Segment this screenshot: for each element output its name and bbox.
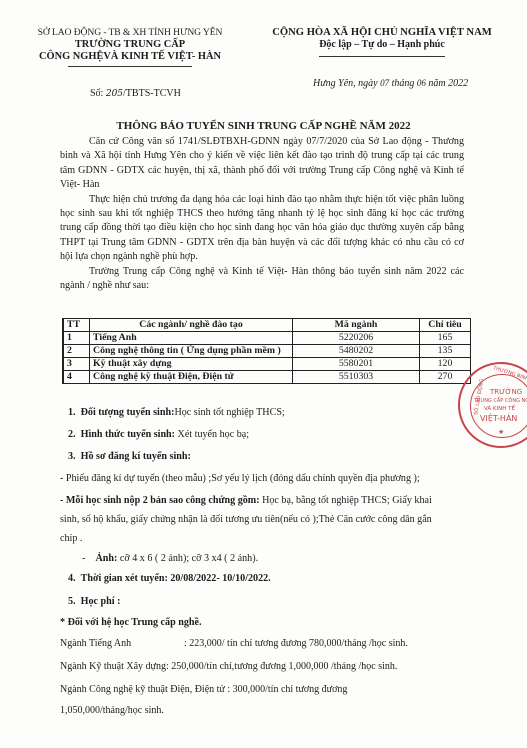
handwritten-month: 06 [417, 78, 426, 88]
col-header-program: Các ngành/ nghề đào tạo [90, 319, 293, 332]
fee-heading: * Đối với hệ học Trung cấp nghề. [60, 617, 202, 628]
ministry-name: SỞ LAO ĐỘNG - TB & XH TỈNH HƯNG YÊN [30, 27, 230, 39]
fee-row-continuation: 1,050,000/tháng/học sinh. [60, 705, 164, 716]
document-number: Số: 205/TBTS-TCVH [90, 88, 181, 99]
date-line: Hưng Yên, ngày 07 tháng 06 năm 2022 [313, 78, 468, 89]
section-3-item-2-cont: sinh, số hộ khẩu, giấy chứng nhận là đối… [60, 514, 432, 525]
col-header-no: TT [63, 319, 90, 332]
col-header-code: Mã ngành [293, 319, 420, 332]
section-5: 5. Học phí : [68, 596, 120, 607]
document-title: THÔNG BÁO TUYỂN SINH TRUNG CẤP NGHỀ NĂM … [0, 120, 527, 132]
national-header: CỘNG HÒA XÃ HỘI CHỦ NGHĨA VIỆT NAM Độc l… [266, 27, 498, 57]
fee-row: Ngành Tiếng Anh: 223,000/ tín chỉ tương … [60, 638, 408, 649]
paragraph-announcement: Trường Trung cấp Công nghệ và Kinh tế Vi… [60, 265, 464, 294]
body-paragraphs: Căn cứ Công văn số 1741/SLĐTBXH-GDNN ngà… [60, 135, 464, 293]
document-page: SỞ LAO ĐỘNG - TB & XH TỈNH HƯNG YÊN TRƯỜ… [0, 0, 527, 748]
issuer-header: SỞ LAO ĐỘNG - TB & XH TỈNH HƯNG YÊN TRƯỜ… [30, 27, 230, 67]
section-2: 2. Hình thức tuyển sinh: Xét tuyển học b… [68, 429, 249, 440]
section-3-item-3: - Ảnh: cỡ 4 x 6 ( 2 ảnh); cỡ 3 x4 ( 2 ản… [82, 553, 258, 564]
star-icon: ★ [498, 428, 504, 436]
table-row: 3 Kỹ thuật xây dựng 5580201 120 [63, 358, 471, 371]
table-header-row: TT Các ngành/ nghề đào tạo Mã ngành Chỉ … [63, 319, 471, 332]
section-3-item-1: - Phiếu đăng kí dự tuyển (theo mẫu) ;Sơ … [60, 473, 420, 484]
nation-name: CỘNG HÒA XÃ HỘI CHỦ NGHĨA VIỆT NAM [266, 27, 498, 39]
programs-table: TT Các ngành/ nghề đào tạo Mã ngành Chỉ … [62, 318, 471, 384]
section-3-item-2-end: chíp . [60, 533, 82, 544]
school-name-line1: TRƯỜNG TRUNG CẤP [30, 39, 230, 51]
table-row: 2 Công nghệ thông tin ( Ứng dụng phần mề… [63, 345, 471, 358]
section-1: 1. Đối tượng tuyển sinh:Học sinh tốt ngh… [68, 407, 285, 418]
paragraph-purpose: Thực hiện chủ trương đa dạng hóa các loạ… [60, 193, 464, 265]
header-underline [68, 66, 192, 67]
handwritten-number: 205 [106, 89, 123, 99]
motto-underline [319, 56, 445, 57]
table-row: 4 Công nghệ kỹ thuật Điện, Điện tử 55103… [63, 371, 471, 384]
section-3-item-2: - Mỗi học sinh nộp 2 bản sao công chứng … [60, 495, 432, 506]
handwritten-day: 07 [380, 78, 389, 88]
national-motto: Độc lập – Tự do – Hạnh phúc [266, 39, 498, 51]
col-header-quota: Chỉ tiêu [420, 319, 471, 332]
section-3: 3. Hồ sơ đăng kí tuyển sinh: [68, 451, 191, 462]
fee-row: Ngành Công nghệ kỹ thuật Điện, Điện tử :… [60, 684, 347, 695]
fee-row: Ngành Kỹ thuật Xây dựng: 250,000/tín chỉ… [60, 661, 397, 672]
paragraph-legal-basis: Căn cứ Công văn số 1741/SLĐTBXH-GDNN ngà… [60, 135, 464, 193]
table-row: 1 Tiếng Anh 5220206 165 [63, 332, 471, 345]
section-4: 4. Thời gian xét tuyển: 20/08/2022- 10/1… [68, 573, 271, 584]
school-name-line2: CÔNG NGHỆVÀ KINH TẾ VIỆT- HÀN [30, 51, 230, 63]
